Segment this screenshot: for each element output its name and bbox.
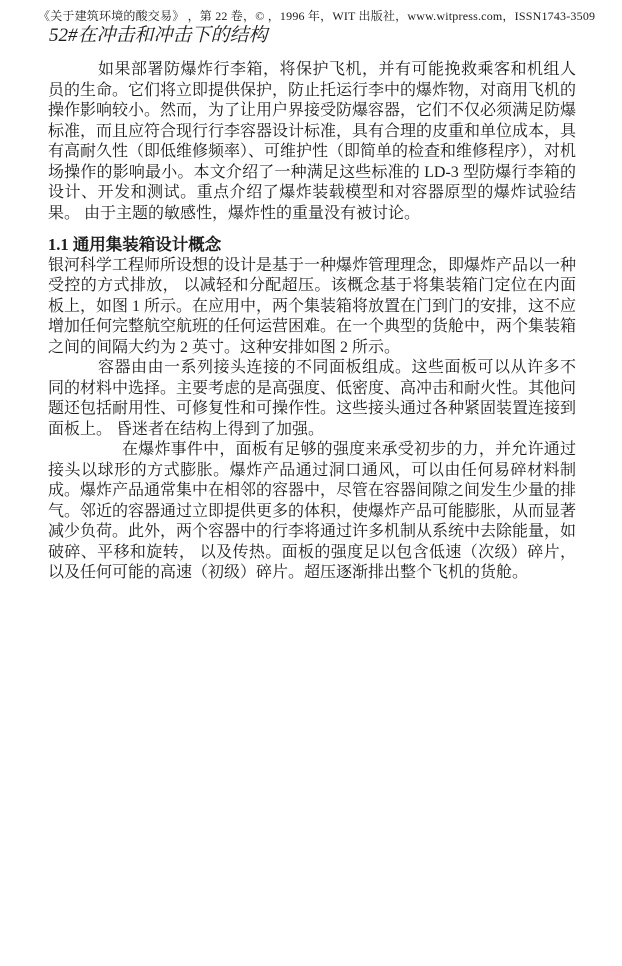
journal-header: 《关于建筑环境的酸交易》 ，第 22 卷，© ，1996 年，WIT 出版社，w… xyxy=(38,9,598,23)
section-heading: 1.1 通用集装箱设计概念 xyxy=(48,235,576,256)
running-title: 52#在冲击和冲击下的结构 xyxy=(49,25,268,47)
paragraph-intro: 如果部署防爆炸行李箱，将保护飞机，并有可能挽救乘客和机组人员的生命。它们将立即提… xyxy=(48,60,576,224)
paragraph-blast-event: 在爆炸事件中，面板有足够的强度来承受初步的力，并允许通过接头以球形的方式膨胀。爆… xyxy=(48,440,576,584)
paragraph-container-panels: 容器由由一系列接头连接的不同面板组成。这些面板可以从许多不同的材料中选择。主要考… xyxy=(48,358,576,440)
text-column: 如果部署防爆炸行李箱，将保护飞机，并有可能挽救乘客和机组人员的生命。它们将立即提… xyxy=(48,60,576,584)
document-page: 《关于建筑环境的酸交易》 ，第 22 卷，© ，1996 年，WIT 出版社，w… xyxy=(0,0,622,966)
paragraph-design-concept: 银河科学工程师所设想的设计是基于一种爆炸管理理念，即爆炸产品以一种受控的方式排放… xyxy=(48,256,576,359)
